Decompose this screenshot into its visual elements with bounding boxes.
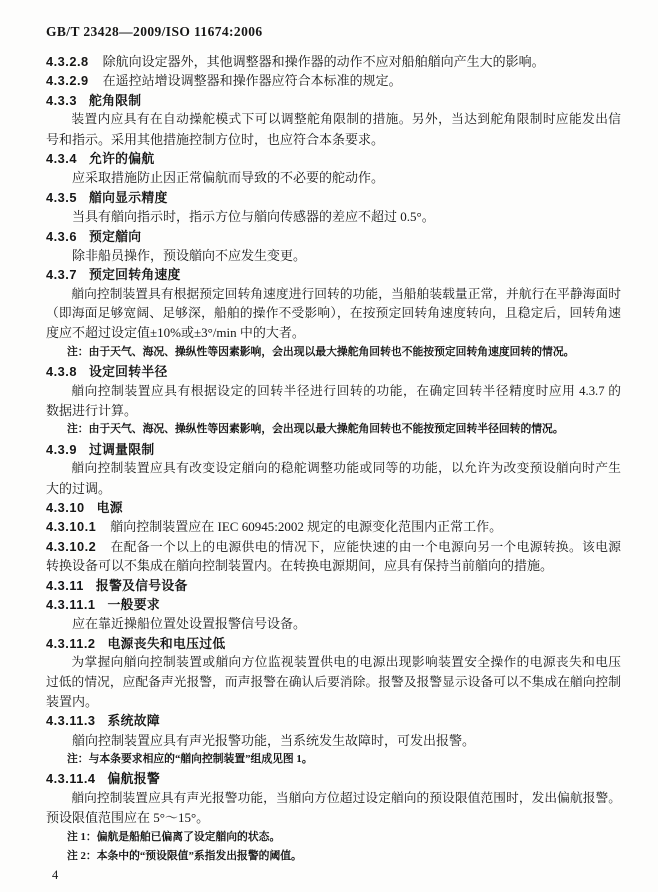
section-heading: 4.3.11.3系统故障 (46, 711, 621, 730)
section-heading: 4.3.11.1一般要求 (46, 595, 621, 614)
clause-text: 电源 (97, 500, 123, 515)
note-line: 注：由于天气、海况、操纵性等因素影响，会出现以最大操舵角回转也不能按预定回转半径… (46, 420, 621, 439)
clause-number: 4.3.11.3 (46, 713, 96, 728)
note-line: 注：与本条要求相应的“艏向控制装置”组成见图 1。 (46, 750, 621, 769)
clause-text: 偏航报警 (108, 771, 160, 786)
document-lines: 4.3.2.8除航向设定器外，其他调整器和操作器的动作不应对船舶艏向产生大的影响… (46, 52, 621, 866)
document-page: GB/T 23428—2009/ISO 11674:2006 4.3.2.8除航… (0, 0, 658, 892)
clause-number: 4.3.2.8 (46, 54, 89, 69)
page-number: 4 (52, 868, 58, 882)
clause-text: 过调量限制 (89, 442, 154, 457)
clause-number: 4.3.5 (46, 190, 77, 205)
clause-number: 4.3.4 (46, 151, 77, 166)
clause-text: 设定回转半径 (89, 364, 168, 379)
clause-number: 4.3.7 (46, 267, 77, 282)
clause-text: 系统故障 (108, 713, 160, 728)
body-line: 为掌握向艏向控制装置或艏向方位监视装置供电的电源出现影响装置安全操作的电源丧失和… (46, 653, 621, 672)
body-line: 装置内应具有在自动操舵模式下可以调整舵角限制的措施。另外，当达到舵角限制时应能发… (46, 110, 621, 129)
body-line: 装置内。 (46, 692, 621, 711)
section-heading: 4.3.9过调量限制 (46, 440, 621, 459)
clause-text: 在遥控站增设调整器和操作器应符合本标准的规定。 (103, 73, 402, 88)
section-heading: 4.3.11报警及信号设备 (46, 576, 621, 595)
body-line: 度应不超过设定值±10%或±3°/min 中的大者。 (46, 323, 621, 342)
section-heading: 4.3.5艏向显示精度 (46, 188, 621, 207)
note-line: 注：由于天气、海况、操纵性等因素影响，会出现以最大操舵角回转也不能按预定回转角速… (46, 343, 621, 362)
clause-number: 4.3.2.9 (46, 73, 89, 88)
clause-text: 电源丧失和电压过低 (108, 636, 226, 651)
clause-text: 除航向设定器外，其他调整器和操作器的动作不应对船舶艏向产生大的影响。 (103, 54, 545, 69)
clause-number: 4.3.3 (46, 93, 77, 108)
section-heading: 4.3.11.4偏航报警 (46, 769, 621, 788)
clause-number: 4.3.10 (46, 500, 85, 515)
section-heading: 4.3.7预定回转角速度 (46, 265, 621, 284)
clause-line: 4.3.10.1艏向控制装置应在 IEC 60945:2002 规定的电源变化范… (46, 517, 621, 536)
body-line: 过低的情况，应配备声光报警，而声报警在确认后要消除。报警及报警显示设备可以不集成… (46, 673, 621, 692)
body-line: 艏向控制装置应具有声光报警功能，当系统发生故障时，可发出报警。 (46, 731, 621, 750)
clause-text: 在配备一个以上的电源供电的情况下，应能快速的由一个电源向另一个电源转换。该电源 (110, 540, 621, 554)
clause-text: 艏向控制装置应在 IEC 60945:2002 规定的电源变化范围内正常工作。 (110, 519, 502, 534)
body-line: 应采取措施防止因正常偏航而导致的不必要的舵动作。 (46, 168, 621, 187)
clause-text: 预定回转角速度 (89, 267, 181, 282)
body-line: 当具有艏向指示时，指示方位与艏向传感器的差应不超过 0.5°。 (46, 207, 621, 226)
clause-text: 允许的偏航 (89, 151, 154, 166)
clause-number: 4.3.10.1 (46, 519, 96, 534)
body-line: 艏向控制装置具有根据预定回转角速度进行回转的功能，当船舶装载量正常，并航行在平静… (46, 285, 621, 304)
clause-line: 4.3.2.9在遥控站增设调整器和操作器应符合本标准的规定。 (46, 71, 621, 90)
clause-number: 4.3.11.2 (46, 636, 96, 651)
body-line: 号和指示。采用其他措施控制方位时，也应符合本条要求。 (46, 130, 621, 149)
section-heading: 4.3.11.2电源丧失和电压过低 (46, 634, 621, 653)
clause-number: 4.3.10.2 (46, 539, 96, 554)
body-line: 大的过调。 (46, 479, 621, 498)
clause-text: 报警及信号设备 (96, 578, 188, 593)
body-line: （即海面足够宽阔、足够深，船舶的操作不受影响），在按预定回转角速度转向，且稳定后… (46, 304, 621, 323)
document-header: GB/T 23428—2009/ISO 11674:2006 (46, 24, 263, 40)
clause-number: 4.3.9 (46, 442, 77, 457)
body-line: 数据进行计算。 (46, 401, 621, 420)
clause-number: 4.3.6 (46, 229, 77, 244)
clause-number: 4.3.11.4 (46, 771, 96, 786)
section-heading: 4.3.6预定艏向 (46, 227, 621, 246)
clause-number: 4.3.8 (46, 364, 77, 379)
body-line: 艏向控制装置应具有改变设定艏向的稳舵调整功能或同等的功能，以允许为改变预设艏向时… (46, 459, 621, 478)
clause-text: 预定艏向 (89, 229, 141, 244)
section-heading: 4.3.10电源 (46, 498, 621, 517)
clause-number: 4.3.11 (46, 578, 84, 593)
section-heading: 4.3.3舵角限制 (46, 91, 621, 110)
clause-line: 4.3.10.2在配备一个以上的电源供电的情况下，应能快速的由一个电源向另一个电… (46, 537, 621, 556)
clause-text: 一般要求 (108, 597, 160, 612)
body-line: 艏向控制装置应具有声光报警功能，当艏向方位超过设定艏向的预设限值范围时，发出偏航… (46, 789, 621, 808)
section-heading: 4.3.8设定回转半径 (46, 362, 621, 381)
body-line: 应在靠近操船位置处设置报警信号设备。 (46, 614, 621, 633)
clause-number: 4.3.11.1 (46, 597, 96, 612)
body-line: 除非船员操作，预设艏向不应发生变更。 (46, 246, 621, 265)
clause-line: 4.3.2.8除航向设定器外，其他调整器和操作器的动作不应对船舶艏向产生大的影响… (46, 52, 621, 71)
body-line: 转换设备可以不集成在艏向控制装置内。在转换电源期间，应具有保持当前艏向的措施。 (46, 556, 621, 575)
section-heading: 4.3.4允许的偏航 (46, 149, 621, 168)
clause-text: 舵角限制 (89, 93, 141, 108)
note-line: 注 1：偏航是船舶已偏离了设定艏向的状态。 (46, 828, 621, 847)
body-line: 预设限值范围应在 5°～15°。 (46, 808, 621, 827)
clause-text: 艏向显示精度 (89, 190, 168, 205)
note-line: 注 2：本条中的“预设限值”系指发出报警的阈值。 (46, 847, 621, 866)
body-line: 艏向控制装置应具有根据设定的回转半径进行回转的功能，在确定回转半径精度时应用 4… (46, 382, 621, 401)
